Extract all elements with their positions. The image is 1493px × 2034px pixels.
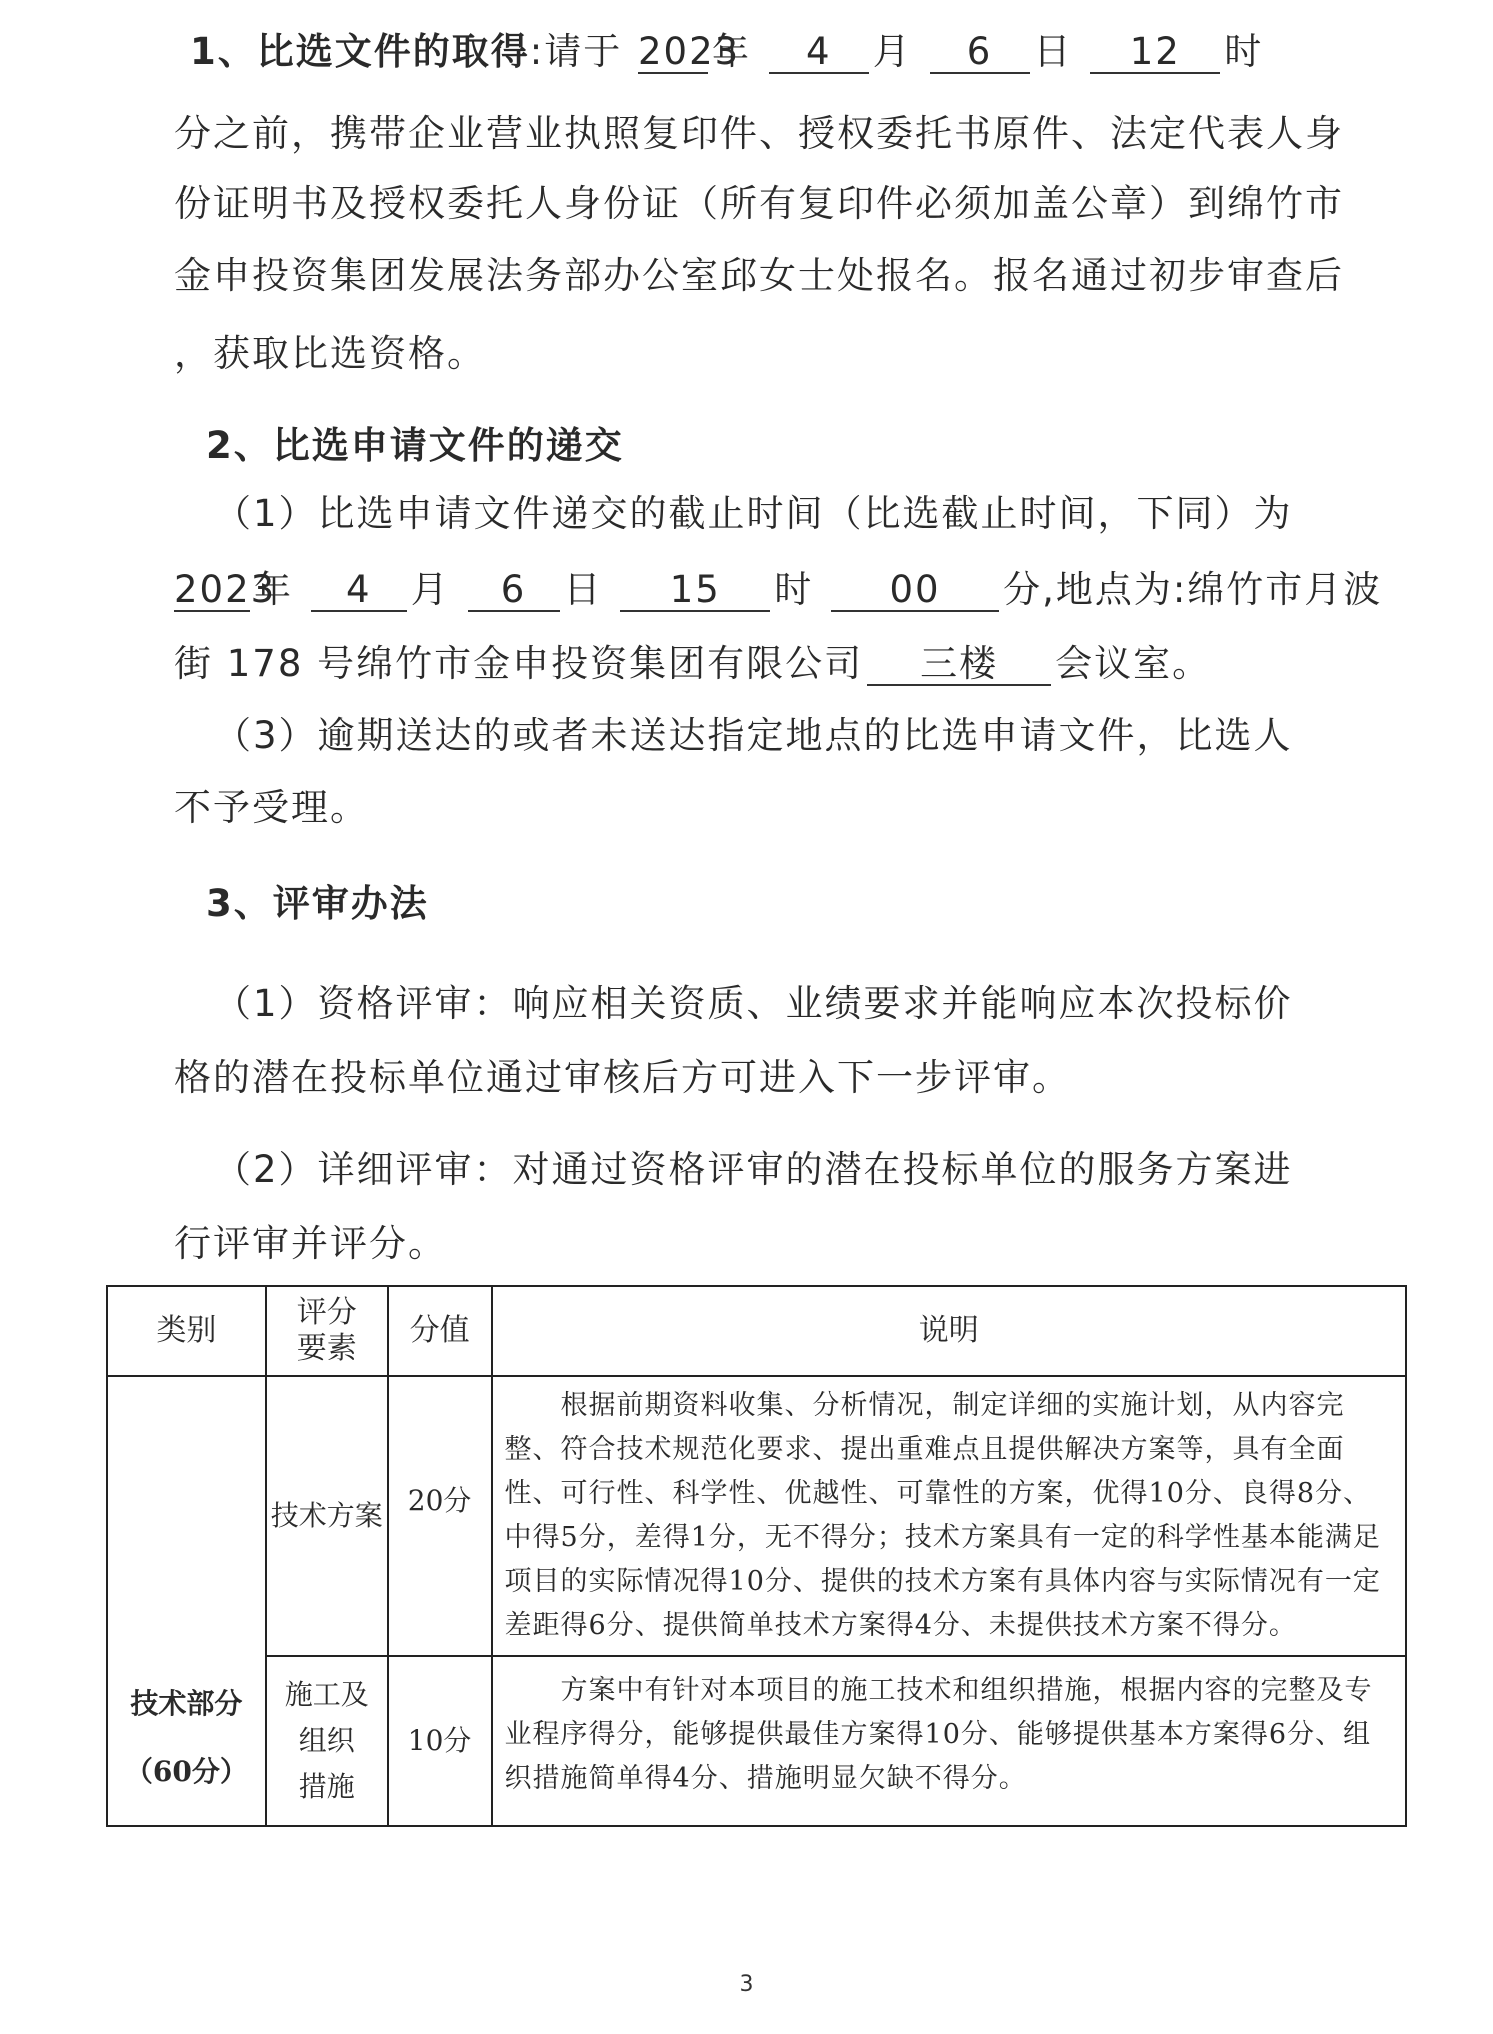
header-description: 说明	[492, 1286, 1406, 1376]
table-header-row: 类别 评分 要素 分值 说明	[107, 1286, 1406, 1376]
deadline-hour-unit: 时	[774, 568, 813, 611]
section3-heading: 3、评审办法	[206, 880, 429, 928]
meeting-room: 会议室。	[1055, 642, 1211, 685]
section2-item3-line1: （3）逾期送达的或者未送达指定地点的比选申请文件，比选人	[214, 712, 1293, 760]
section2-item3-line2: 不予受理。	[174, 784, 369, 832]
description-text: 方案中有针对本项目的施工技术和组织措施，根据内容的完整及专业程序得分，能够提供最…	[505, 1675, 1373, 1794]
category-score: （60分）	[108, 1749, 265, 1795]
factor-cell: 施工及 组织 措施	[266, 1656, 388, 1826]
deadline-day: 6	[468, 570, 560, 612]
month-unit: 月	[873, 30, 912, 73]
description-text: 根据前期资料收集、分析情况，制定详细的实施计划，从内容完整、符合技术规范化要求、…	[505, 1390, 1381, 1641]
score-cell: 20分	[388, 1376, 492, 1656]
table-row: 施工及 组织 措施 10分 方案中有针对本项目的施工技术和组织措施，根据内容的完…	[107, 1656, 1406, 1826]
location-lead: ,地点为:绵竹市月波	[1042, 568, 1382, 611]
section3-item2-line1: （2）详细评审：对通过资格评审的潜在投标单位的服务方案进	[214, 1146, 1293, 1194]
year-unit: 年	[712, 30, 751, 73]
header-factor-line1: 评分	[267, 1295, 387, 1331]
category-cell: 技术部分 （60分）	[107, 1376, 266, 1826]
section2-address-line: 街 178 号绵竹市金申投资集团有限公司三楼会议室。	[174, 640, 1211, 688]
meeting-floor: 三楼	[867, 644, 1051, 686]
header-factor-line2: 要素	[267, 1331, 387, 1367]
section1-line1: 1、比选文件的取得:请于 2023年 4月 6日 12时	[190, 28, 1263, 76]
header-category: 类别	[107, 1286, 266, 1376]
section3-item1-line1: （1）资格评审：响应相关资质、业绩要求并能响应本次投标价	[214, 980, 1293, 1028]
factor-line2: 组织	[267, 1718, 387, 1764]
factor-line1: 施工及	[267, 1672, 387, 1718]
deadline-minute-unit: 分	[1003, 568, 1042, 611]
description-cell: 根据前期资料收集、分析情况，制定详细的实施计划，从内容完整、符合技术规范化要求、…	[492, 1376, 1406, 1656]
day-unit: 日	[1034, 30, 1073, 73]
score-cell: 10分	[388, 1656, 492, 1826]
section2-item1-line1: （1）比选申请文件递交的截止时间（比选截止时间，下同）为	[214, 490, 1293, 538]
section1-line2: 分之前，携带企业营业执照复印件、授权委托书原件、法定代表人身	[174, 110, 1344, 158]
deadline-minute: 00	[831, 570, 999, 612]
page-number: 3	[0, 1972, 1493, 1997]
section3-item2-line2: 行评审并评分。	[174, 1220, 447, 1268]
description-cell: 方案中有针对本项目的施工技术和组织措施，根据内容的完整及专业程序得分，能够提供最…	[492, 1656, 1406, 1826]
deadline-hour: 15	[620, 570, 770, 612]
section1-line4: 金申投资集团发展法务部办公室邱女士处报名。报名通过初步审查后	[174, 252, 1344, 300]
deadline-day-unit: 日	[564, 568, 603, 611]
acquire-year: 2023	[638, 32, 708, 74]
header-factor: 评分 要素	[266, 1286, 388, 1376]
table-row: 技术部分 （60分） 技术方案 20分 根据前期资料收集、分析情况，制定详细的实…	[107, 1376, 1406, 1656]
acquire-day: 6	[930, 32, 1030, 74]
section1-lead: :请于	[530, 30, 622, 73]
acquire-hour: 12	[1090, 32, 1220, 74]
section1-line3: 份证明书及授权委托人身份证（所有复印件必须加盖公章）到绵竹市	[174, 180, 1344, 228]
section1-title: 比选文件的取得	[257, 30, 530, 73]
category-label: 技术部分	[108, 1681, 265, 1727]
scoring-table: 类别 评分 要素 分值 说明 技术部分 （60分） 技术方案 20分 根据前期资…	[106, 1285, 1407, 1827]
section1-number: 1、	[190, 30, 257, 73]
hour-unit: 时	[1224, 30, 1263, 73]
deadline-month-unit: 月	[411, 568, 450, 611]
factor-cell: 技术方案	[266, 1376, 388, 1656]
section2-deadline-line: 2023年 4月 6日 15时 00分,地点为:绵竹市月波	[174, 566, 1382, 614]
acquire-month: 4	[769, 32, 869, 74]
factor-line3: 措施	[267, 1764, 387, 1810]
section2-heading: 2、比选申请文件的递交	[206, 422, 624, 470]
section1-line5: ，获取比选资格。	[174, 330, 486, 378]
deadline-month: 4	[311, 570, 407, 612]
header-score: 分值	[388, 1286, 492, 1376]
deadline-year-unit: 年	[254, 568, 293, 611]
deadline-year: 2023	[174, 570, 250, 612]
section3-item1-line2: 格的潜在投标单位通过审核后方可进入下一步评审。	[174, 1054, 1071, 1102]
address-prefix: 街 178 号绵竹市金申投资集团有限公司	[174, 642, 863, 685]
